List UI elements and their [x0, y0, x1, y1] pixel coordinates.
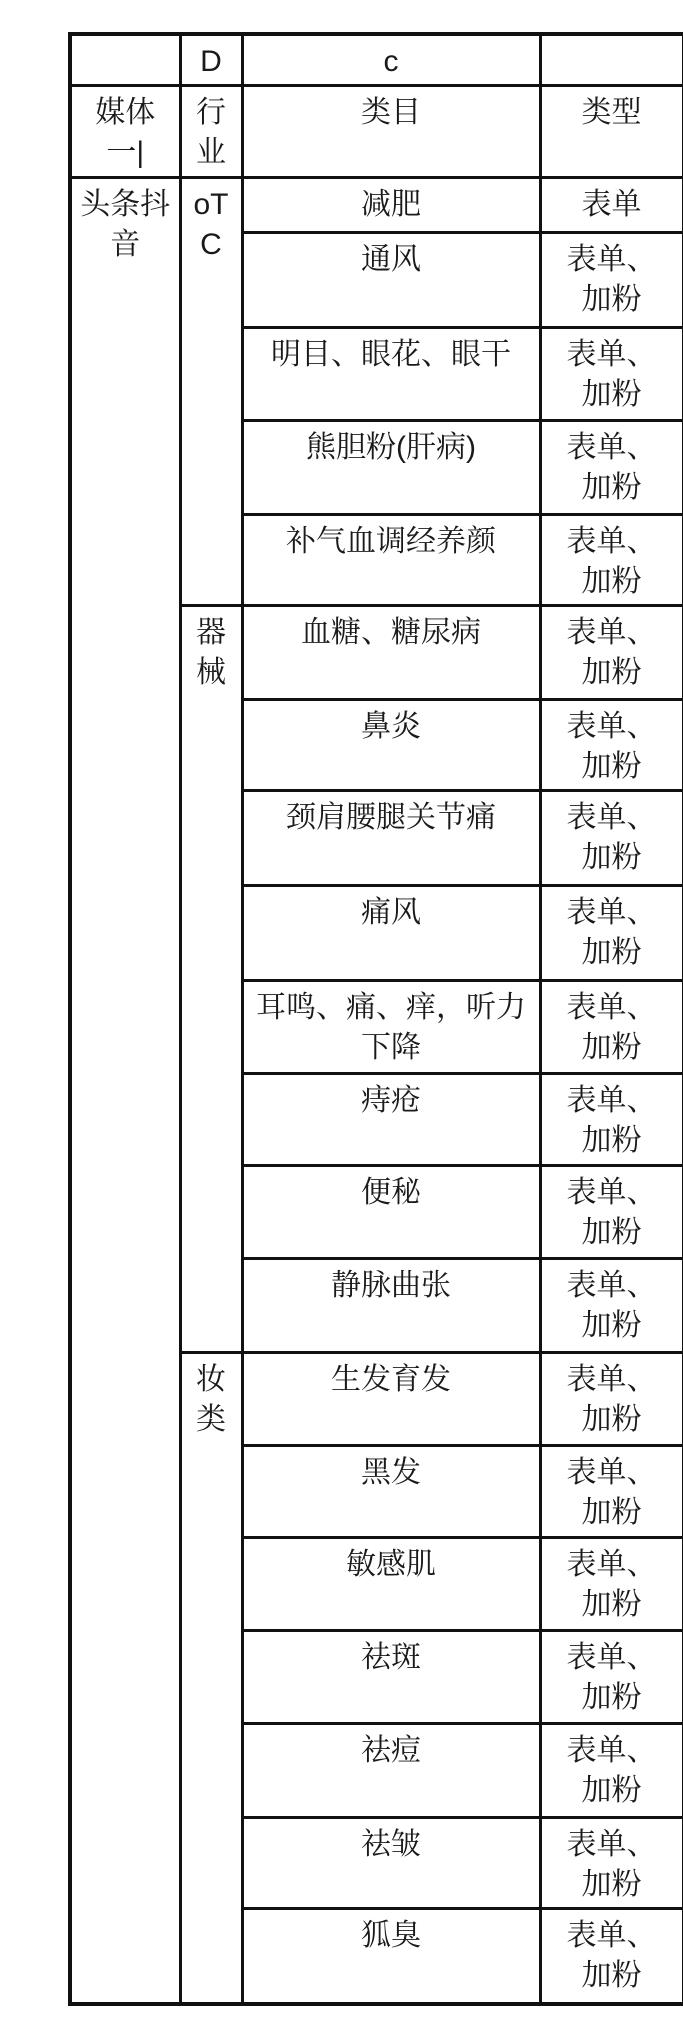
media-group-cell: 头条抖音	[70, 178, 180, 2004]
type-cell: 表单、 加粉	[540, 1166, 683, 1259]
type-cell: 表单、 加粉	[540, 981, 683, 1074]
type-cell: 表单、 加粉	[540, 1259, 683, 1353]
type-cell: 表单、 加粉	[540, 1909, 683, 2004]
type-cell: 表单、 加粉	[540, 1446, 683, 1538]
type-cell: 表单、 加粉	[540, 233, 683, 328]
category-cell: 黑发	[242, 1446, 540, 1538]
header2-category-cell: 类目	[242, 86, 540, 178]
category-cell: 鼻炎	[242, 700, 540, 791]
category-cell: 通风	[242, 233, 540, 328]
category-cell: 耳鸣、痛、痒，听力 下降	[242, 981, 540, 1074]
header1-category-cell: c	[242, 34, 540, 86]
header-row-2: 媒体 一| 行业 类目 类型	[70, 86, 683, 178]
industry-group-cell-otc: oTC	[180, 178, 242, 606]
header1-industry-cell: D	[180, 34, 242, 86]
type-cell: 表单、 加粉	[540, 1724, 683, 1818]
category-cell: 静脉曲张	[242, 1259, 540, 1353]
category-cell: 明目、眼花、眼干	[242, 328, 540, 421]
type-cell: 表单、 加粉	[540, 421, 683, 515]
type-cell: 表单、 加粉	[540, 1538, 683, 1631]
header2-media-cell: 媒体 一|	[70, 86, 180, 178]
category-cell: 熊胆粉(肝病)	[242, 421, 540, 515]
type-cell: 表单、 加粉	[540, 606, 683, 700]
header1-media-cell	[70, 34, 180, 86]
category-cell: 狐臭	[242, 1909, 540, 2004]
category-cell: 祛皱	[242, 1818, 540, 1909]
media-industry-category-table: D c 媒体 一| 行业 类目 类型 头条抖音 oTC 减肥 表单 通风 表单、…	[68, 32, 683, 2006]
category-cell: 减肥	[242, 178, 540, 233]
header1-type-cell	[540, 34, 683, 86]
category-cell: 便秘	[242, 1166, 540, 1259]
category-cell: 补气血调经养颜	[242, 515, 540, 606]
header2-type-cell: 类型	[540, 86, 683, 178]
type-cell: 表单、 加粉	[540, 1353, 683, 1446]
category-cell: 生发育发	[242, 1353, 540, 1446]
category-cell: 痛风	[242, 886, 540, 981]
type-cell: 表单、 加粉	[540, 1631, 683, 1724]
type-cell: 表单、 加粉	[540, 791, 683, 886]
type-cell: 表单、 加粉	[540, 1818, 683, 1909]
category-cell: 祛痘	[242, 1724, 540, 1818]
category-cell: 颈肩腰腿关节痛	[242, 791, 540, 886]
type-cell: 表单	[540, 178, 683, 233]
type-cell: 表单、 加粉	[540, 515, 683, 606]
type-cell: 表单、 加粉	[540, 328, 683, 421]
page: D c 媒体 一| 行业 类目 类型 头条抖音 oTC 减肥 表单 通风 表单、…	[0, 0, 683, 2031]
table-row: 头条抖音 oTC 减肥 表单	[70, 178, 683, 233]
category-cell: 祛斑	[242, 1631, 540, 1724]
category-cell: 痔疮	[242, 1074, 540, 1166]
industry-group-cell-cosmetics: 妆类	[180, 1353, 242, 2004]
industry-group-cell-devices: 器械	[180, 606, 242, 1353]
category-cell: 血糖、糖尿病	[242, 606, 540, 700]
header-row-1: D c	[70, 34, 683, 86]
category-cell: 敏感肌	[242, 1538, 540, 1631]
header2-industry-cell: 行业	[180, 86, 242, 178]
type-cell: 表单、 加粉	[540, 1074, 683, 1166]
type-cell: 表单、 加粉	[540, 700, 683, 791]
type-cell: 表单、 加粉	[540, 886, 683, 981]
